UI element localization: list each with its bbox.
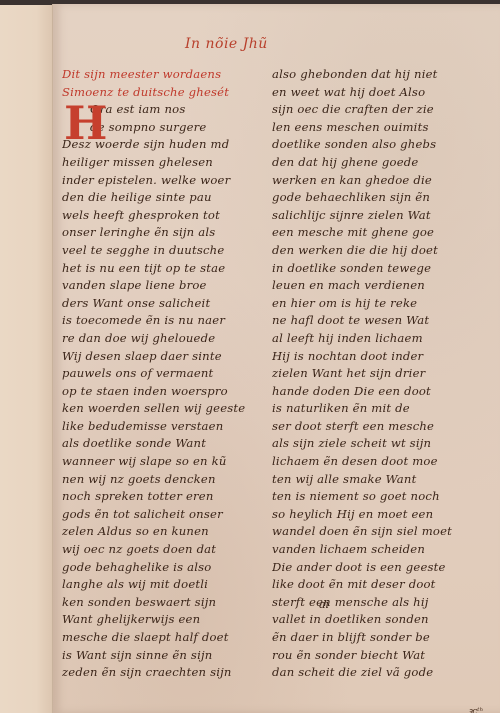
text-line: als sijn ziele scheit wt sijn — [272, 435, 482, 453]
text-line: veel te segghe in duutsche — [62, 242, 267, 260]
corner-catchword: ꝛcᵗʰ — [468, 704, 483, 713]
text-line: noch spreken totter eren — [62, 488, 267, 506]
text-line: rou ẽn sonder biecht Wat — [272, 647, 482, 665]
text-line: op te staen inden woerspro — [62, 383, 267, 401]
text-line: like doot ẽn mit deser doot — [272, 576, 482, 594]
text-line: en hier om is hij te reke — [272, 295, 482, 313]
text-line: lichaem ẽn desen doot moe — [272, 453, 482, 471]
text-line: so heylich Hij en moet een — [272, 506, 482, 524]
text-line: en weet wat hij doet Also — [272, 84, 482, 102]
text-line: vallet in doetliken sonden — [272, 611, 482, 629]
text-line: in doetlike sonden tewege — [272, 260, 482, 278]
text-line: ẽn daer in blijft sonder be — [272, 629, 482, 647]
text-line: re dan doe wij ghelouede — [62, 330, 267, 348]
text-line: wij oec nz goets doen dat — [62, 541, 267, 559]
text-line: wanneer wij slape so en kũ — [62, 453, 267, 471]
text-line: het is nu een tijt op te stae — [62, 260, 267, 278]
text-line: vanden lichaem scheiden — [272, 541, 482, 559]
text-line: inder epistelen. welke woer — [62, 172, 267, 190]
text-line: wels heeft ghesproken tot — [62, 207, 267, 225]
text-line: zelen Aldus so en kunen — [62, 523, 267, 541]
text-line: len eens meschen ouimits — [272, 119, 482, 137]
left-column: Dit sijn meester wordaens Simoenz te dui… — [62, 66, 267, 682]
text-line: like bedudemisse verstaen — [62, 418, 267, 436]
text-line: den werken die die hij doet — [272, 242, 482, 260]
text-line: also ghebonden dat hij niet — [272, 66, 482, 84]
text-line: Hij is nochtan doot inder — [272, 348, 482, 366]
text-line: Wij desen slaep daer sinte — [62, 348, 267, 366]
text-line: den dat hij ghene goede — [272, 154, 482, 172]
text-line: dan scheit die ziel vã gode — [272, 664, 482, 682]
text-line: heiliger missen ghelesen — [62, 154, 267, 172]
text-line: sijn oec die craften der zie — [272, 101, 482, 119]
text-line: gods ẽn tot salicheit onser — [62, 506, 267, 524]
text-line: ken sonden beswaert sijn — [62, 594, 267, 612]
signature-mark: ai — [319, 598, 329, 611]
text-line: al leeft hij inden lichaem — [272, 330, 482, 348]
text-line: zielen Want het sijn drier — [272, 365, 482, 383]
text-line: mesche die slaept half doet — [62, 629, 267, 647]
text-line: ne hafl doot te wesen Wat — [272, 312, 482, 330]
text-line: leuen en mach verdienen — [272, 277, 482, 295]
text-line: salichlijc sijnre zielen Wat — [272, 207, 482, 225]
text-line: ten is niement so goet noch — [272, 488, 482, 506]
text-line: als doetlike sonde Want — [62, 435, 267, 453]
text-line: nen wij nz goets dencken — [62, 471, 267, 489]
text-line: is Want sijn sinne ẽn sijn — [62, 647, 267, 665]
text-line: langhe als wij mit doetli — [62, 576, 267, 594]
text-line: sterft een mensche als hij — [272, 594, 482, 612]
text-line: ten wij alle smake Want — [272, 471, 482, 489]
text-line: den die heilige sinte pau — [62, 189, 267, 207]
text-line: gode behaghelike is also — [62, 559, 267, 577]
text-line: gode behaechliken sijn ẽn — [272, 189, 482, 207]
text-line: werken en kan ghedoe die — [272, 172, 482, 190]
text-line: zeden ẽn sijn craechten sijn — [62, 664, 267, 682]
text-line: ser doot sterft een mesche — [272, 418, 482, 436]
text-line: Die ander doot is een geeste — [272, 559, 482, 577]
text-line: wandel doen ẽn sijn siel moet — [272, 523, 482, 541]
binding-stub — [0, 0, 52, 713]
text-line: Want ghelijkerwijs een — [62, 611, 267, 629]
text-line: ken woerden sellen wij geeste — [62, 400, 267, 418]
invocation-heading: In nõie Jhũ — [185, 36, 268, 52]
rubric-line: Dit sijn meester wordaens — [62, 66, 267, 84]
text-line: hande doden Die een doot — [272, 383, 482, 401]
text-line: ders Want onse salicheit — [62, 295, 267, 313]
text-line: pauwels ons of vermaent — [62, 365, 267, 383]
text-line: vanden slape liene broe — [62, 277, 267, 295]
right-column: also ghebonden dat hij niet en weet wat … — [272, 66, 482, 682]
text-line: is naturliken ẽn mit de — [272, 400, 482, 418]
text-line: een mesche mit ghene goe — [272, 224, 482, 242]
text-line: doetlike sonden also ghebs — [272, 136, 482, 154]
text-line: is toecomede ẽn is nu naer — [62, 312, 267, 330]
decorated-initial: H — [64, 100, 107, 146]
text-line: onser leringhe ẽn sijn als — [62, 224, 267, 242]
